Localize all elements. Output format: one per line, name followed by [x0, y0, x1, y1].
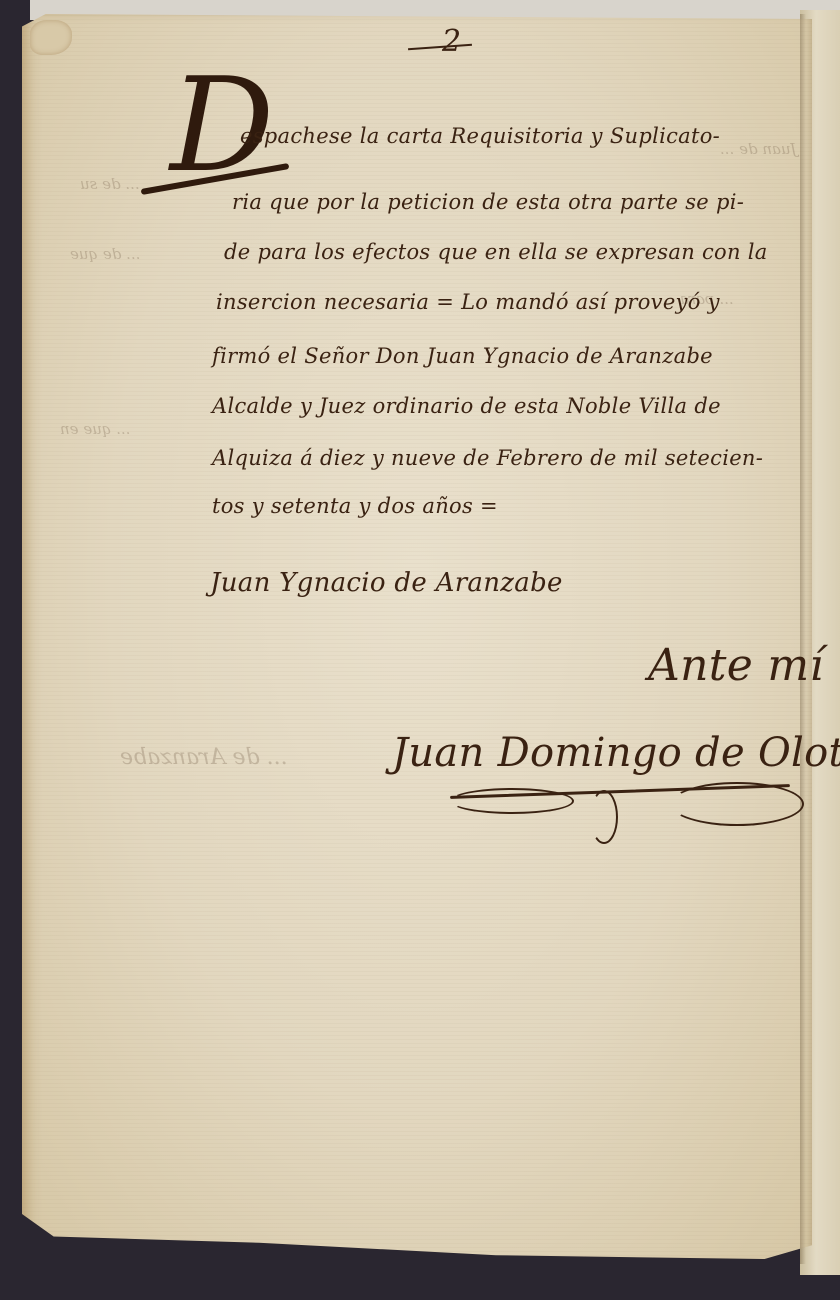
torn-corner [30, 20, 72, 55]
body-line-7: Alquiza á diez y nueve de Febrero de mil… [212, 446, 763, 470]
bleed-through-text: ... de Aranzabe [120, 745, 288, 770]
body-line-4: insercion necesaria = Lo mandó así prove… [216, 290, 720, 314]
body-line-2: ria que por la peticion de esta otra par… [232, 190, 744, 214]
body-line-3: de para los efectos que en ella se expre… [224, 240, 768, 264]
signature-alcalde: Juan Ygnacio de Aranzabe [210, 568, 563, 598]
page-gutter-shadow [800, 14, 806, 1264]
signature-escribano: Juan Domingo de Olotegui [392, 730, 840, 776]
signature-ante-mi: Ante mí [648, 640, 824, 691]
rubric-loop [590, 790, 618, 844]
body-line-8: tos y setenta y dos años = [212, 494, 498, 518]
folio-number: 2 [442, 24, 461, 59]
bleed-through-text: ... que en [60, 420, 131, 438]
rubric-loop [450, 788, 574, 814]
bleed-through-text: ... de que [70, 245, 140, 263]
rubric-loop [670, 782, 804, 826]
body-line-6: Alcalde y Juez ordinario de esta Noble V… [212, 394, 721, 418]
body-line-5: firmó el Señor Don Juan Ygnacio de Aranz… [212, 344, 713, 368]
body-line-1: espachese la carta Requisitoria y Suplic… [240, 124, 720, 148]
bleed-through-text: Juan de ... [720, 140, 797, 158]
bleed-through-text: ... de su [80, 175, 140, 193]
